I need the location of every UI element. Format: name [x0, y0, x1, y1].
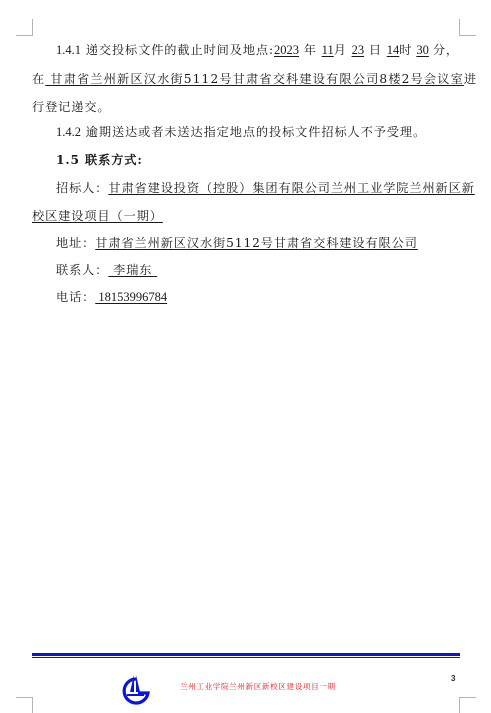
crop-mark-bottom-right — [459, 697, 476, 713]
section-heading-1-5: 1.5 联系方式: — [32, 152, 484, 168]
address-value: 甘肃省兰州新区汉水街5112号甘肃省交科建设有限公司 — [95, 236, 418, 250]
section-number: 1.4.1 — [56, 43, 81, 57]
address-line: 地址：甘肃省兰州新区汉水街5112号甘肃省交科建设有限公司 — [32, 235, 484, 251]
address-label: 地址： — [56, 236, 95, 250]
contact-value: 李瑞东 — [108, 263, 157, 277]
submission-location: 甘肃省兰州新区汉水街5112号甘肃省交科建设有限公司8楼2号会议室 — [45, 72, 464, 86]
footer-project-title: 兰州工业学院兰州新区新校区建设项目一期 — [180, 681, 336, 692]
deadline-month: 11 — [322, 43, 334, 57]
crop-mark-top-right — [459, 19, 476, 36]
contact-heading: 1.5 联系方式: — [56, 153, 143, 167]
tenderer-line-1: 招标人：甘肃省建设投资（控股）集团有限公司兰州工业学院兰州新区新 — [32, 180, 484, 196]
tenderer-label: 招标人： — [56, 181, 108, 195]
page-number: 3 — [451, 674, 455, 683]
hour-unit: 时 — [399, 43, 412, 57]
late-submission-text: 逾期送达或者未送达指定地点的投标文件招标人不予受理。 — [86, 125, 426, 139]
footer-double-rule — [32, 653, 460, 658]
tenderer-line-2: 校区建设项目（一期） — [32, 208, 460, 224]
paragraph-1-4-1-line-3: 行登记递交。 — [32, 99, 460, 115]
phone-line: 电话： 18153996784 — [32, 289, 484, 305]
company-logo-icon — [121, 673, 151, 705]
crop-mark-top-left — [16, 19, 33, 36]
document-page: 1.4.1 递交投标文件的截止时间及地点:2023 年 11月 23 日 14时… — [0, 0, 491, 713]
footer-rule-thin — [32, 657, 460, 658]
phone-label: 电话： — [56, 290, 95, 304]
footer-rule-thick — [32, 653, 460, 656]
location-suffix-continued: 行登记递交。 — [32, 100, 111, 114]
paragraph-1-4-2: 1.4.2 逾期送达或者未送达指定地点的投标文件招标人不予受理。 — [32, 124, 484, 140]
section-number: 1.4.2 — [56, 125, 81, 139]
deadline-label: 递交投标文件的截止时间及地点: — [86, 43, 274, 57]
phone-value: 18153996784 — [95, 290, 167, 304]
location-suffix: 进 — [464, 72, 477, 86]
crop-mark-bottom-left — [16, 697, 33, 713]
day-unit: 日 — [369, 43, 382, 57]
deadline-day: 23 — [352, 43, 365, 57]
minute-unit: 分， — [433, 43, 459, 57]
contact-person-line: 联系人： 李瑞东 — [32, 262, 484, 278]
month-unit: 月 — [334, 43, 347, 57]
year-unit: 年 — [304, 43, 317, 57]
location-prefix: 在 — [32, 72, 45, 86]
deadline-hour: 14 — [387, 43, 400, 57]
paragraph-1-4-1-line-1: 1.4.1 递交投标文件的截止时间及地点:2023 年 11月 23 日 14时… — [32, 42, 484, 58]
deadline-year: 2023 — [274, 43, 299, 57]
contact-label: 联系人： — [56, 263, 108, 277]
tenderer-value: 甘肃省建设投资（控股）集团有限公司兰州工业学院兰州新区新 — [108, 181, 474, 195]
paragraph-1-4-1-line-2: 在 甘肃省兰州新区汉水街5112号甘肃省交科建设有限公司8楼2号会议室进 — [32, 71, 460, 87]
tenderer-value-continued: 校区建设项目（一期） — [32, 209, 163, 223]
deadline-minute: 30 — [412, 43, 433, 57]
